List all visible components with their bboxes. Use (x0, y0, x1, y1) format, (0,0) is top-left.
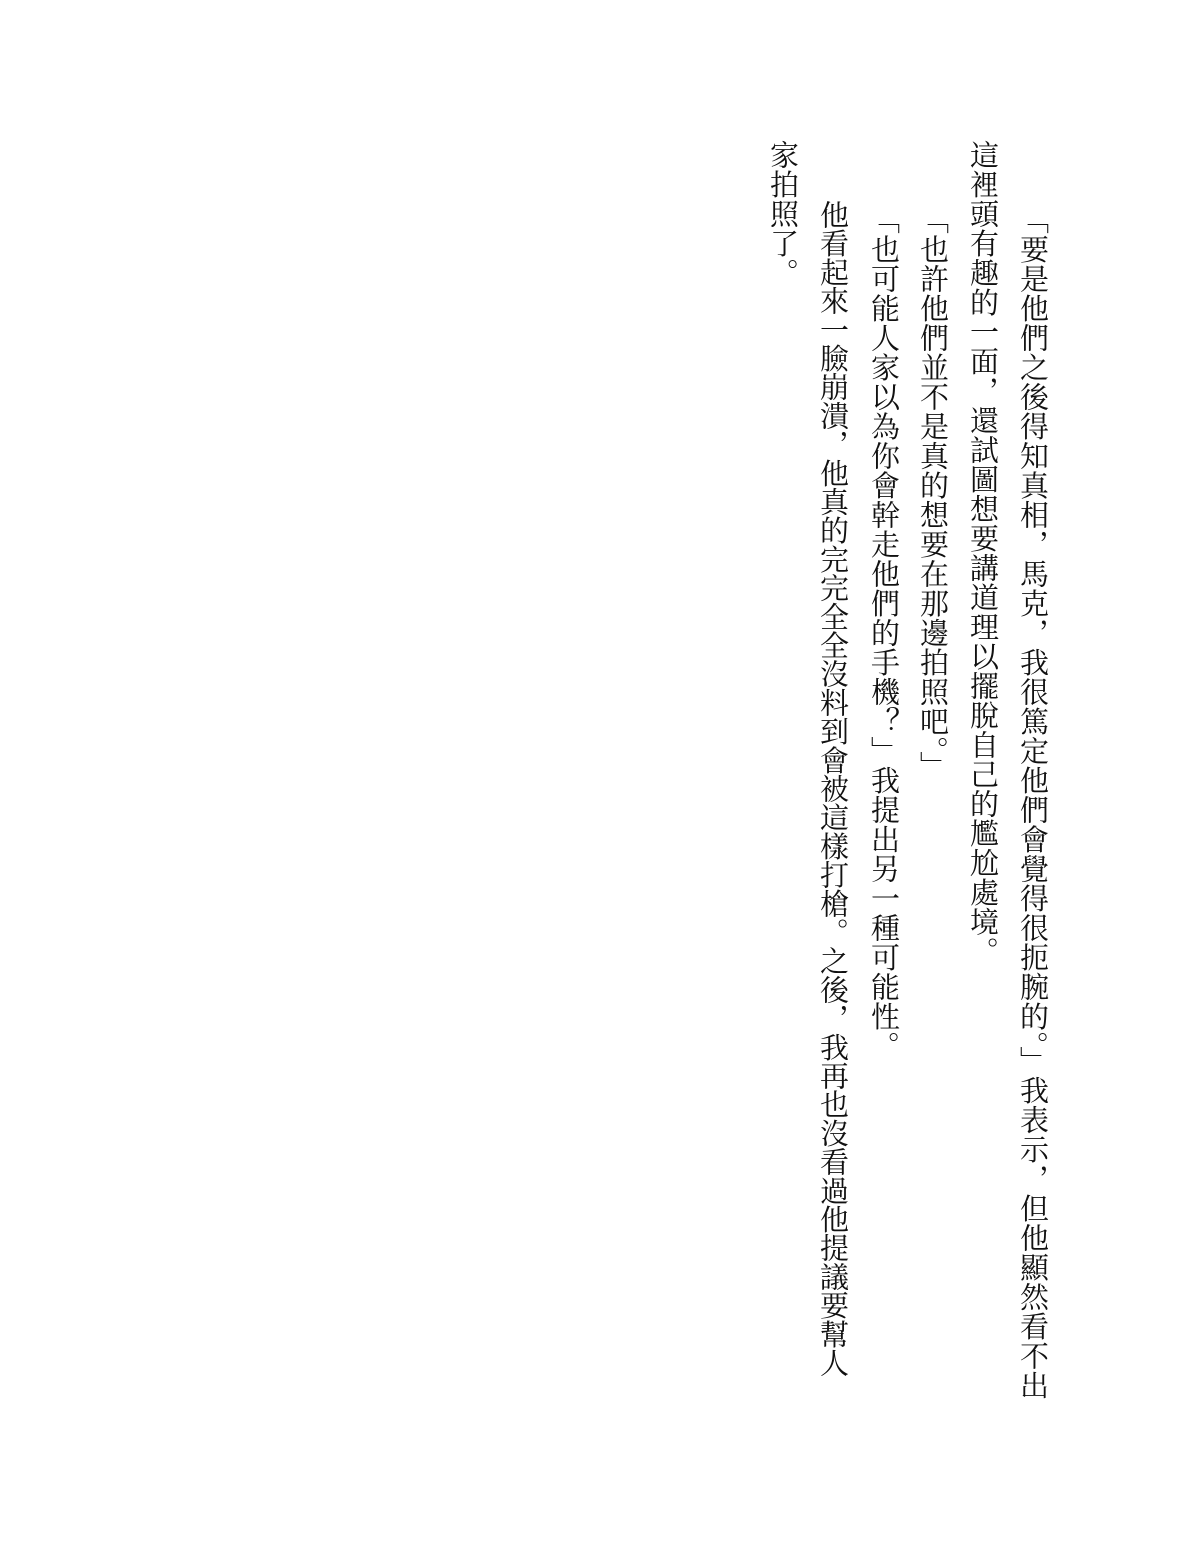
text-column-3: 「也許他們並不是真的想要在那邊拍照吧。」 (908, 205, 958, 781)
text-column-4: 「也可能人家以為你會幹走他們的手機？」我提出另一種可能性。 (859, 205, 909, 1061)
text-column-2: 這裡頭有趣的一面，還試圖想要講道理以擺脫自己的尷尬處境。 (958, 140, 1008, 966)
text-column-5: 他看起來一臉崩潰，他真的完完全全沒料到會被這樣打槍。之後，我再也沒看過他提議要幫… (808, 200, 858, 1377)
text-column-6: 家拍照了。 (758, 140, 808, 288)
document-page: 「要是他們之後得知真相，馬克，我很篤定他們會覺得很扼腕的。」我表示，但他顯然看不… (0, 0, 1200, 1553)
text-column-1: 「要是他們之後得知真相，馬克，我很篤定他們會覺得很扼腕的。」我表示，但他顯然看不… (1008, 205, 1058, 1400)
